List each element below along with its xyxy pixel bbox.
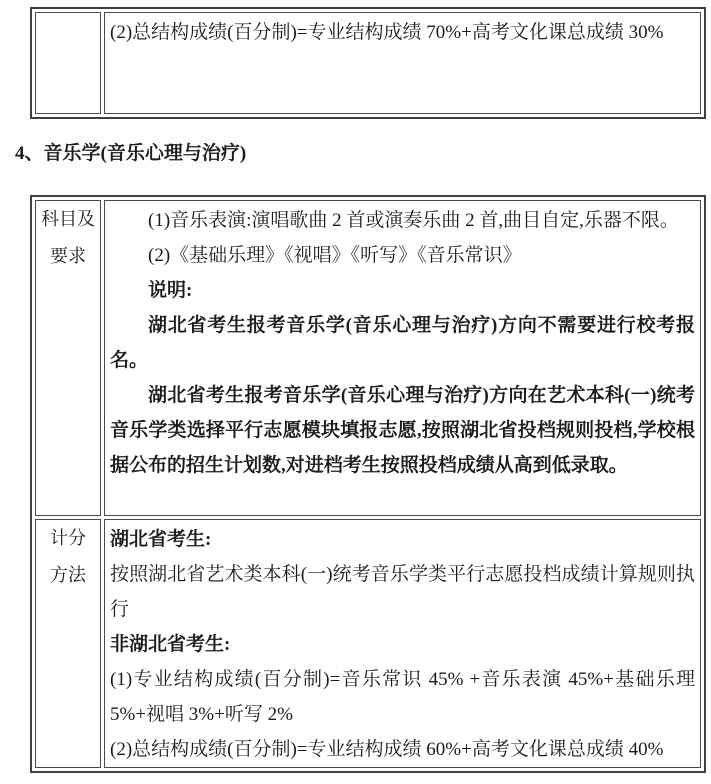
subjects-row: 科目及 要求 (1)音乐表演:演唱歌曲 2 首或演奏乐曲 2 首,曲目自定,乐器… <box>35 200 701 516</box>
row-header-line: 计分 <box>36 520 100 557</box>
paragraph-professional-score-formula: (1)专业结构成绩(百分制)=音乐常识 45% +音乐表演 45%+基础乐理 5… <box>110 662 695 732</box>
section-heading: 4、音乐学(音乐心理与治疗) <box>15 141 711 167</box>
paragraph-music-performance: (1)音乐表演:演唱歌曲 2 首或演奏乐曲 2 首,曲目自定,乐器不限。 <box>110 203 695 238</box>
paragraph-hubei-scoring-rule: 按照湖北省艺术类本科(一)统考音乐学类平行志愿投档成绩计算规则执行 <box>110 557 695 627</box>
scoring-method-content-cell: 湖北省考生: 按照湖北省艺术类本科(一)统考音乐学类平行志愿投档成绩计算规则执行… <box>104 519 701 768</box>
previous-section-table-fragment: (2)总结构成绩(百分制)=专业结构成绩 70%+高考文化课总成绩 30% <box>30 7 706 119</box>
paragraph-hubei-admission-rule: 湖北省考生报考音乐学(音乐心理与治疗)方向在艺术本科(一)统考音乐学类选择平行志… <box>110 378 695 483</box>
row-header-line: 方法 <box>36 557 100 594</box>
table-row: (2)总结构成绩(百分制)=专业结构成绩 70%+高考文化课总成绩 30% <box>35 12 701 114</box>
row-header-line: 科目及 <box>36 201 100 238</box>
paragraph-non-hubei-candidates-label: 非湖北省考生: <box>110 627 695 662</box>
requirements-table: 科目及 要求 (1)音乐表演:演唱歌曲 2 首或演奏乐曲 2 首,曲目自定,乐器… <box>30 195 706 773</box>
row-header-scoring-method: 计分 方法 <box>35 519 101 768</box>
subjects-content-cell: (1)音乐表演:演唱歌曲 2 首或演奏乐曲 2 首,曲目自定,乐器不限。 (2)… <box>104 200 701 516</box>
paragraph-hubei-candidates-label: 湖北省考生: <box>110 522 695 557</box>
paragraph-total-score-formula-60-40: (2)总结构成绩(百分制)=专业结构成绩 60%+高考文化课总成绩 40% <box>110 732 695 767</box>
row-header-line: 要求 <box>36 238 100 275</box>
paragraph-hubei-no-school-exam: 湖北省考生报考音乐学(音乐心理与治疗)方向不需要进行校考报名。 <box>110 308 695 378</box>
paragraph-note-label: 说明: <box>110 273 695 308</box>
total-score-formula-70-30: (2)总结构成绩(百分制)=专业结构成绩 70%+高考文化课总成绩 30% <box>110 15 695 50</box>
document-page: (2)总结构成绩(百分制)=专业结构成绩 70%+高考文化课总成绩 30% 4、… <box>0 0 711 773</box>
row-header-subjects: 科目及 要求 <box>35 200 101 516</box>
formula-cell: (2)总结构成绩(百分制)=专业结构成绩 70%+高考文化课总成绩 30% <box>104 12 701 114</box>
scoring-method-row: 计分 方法 湖北省考生: 按照湖北省艺术类本科(一)统考音乐学类平行志愿投档成绩… <box>35 519 701 768</box>
empty-row-header-cell <box>35 12 101 114</box>
paragraph-written-subjects: (2)《基础乐理》《视唱》《听写》《音乐常识》 <box>110 238 695 273</box>
